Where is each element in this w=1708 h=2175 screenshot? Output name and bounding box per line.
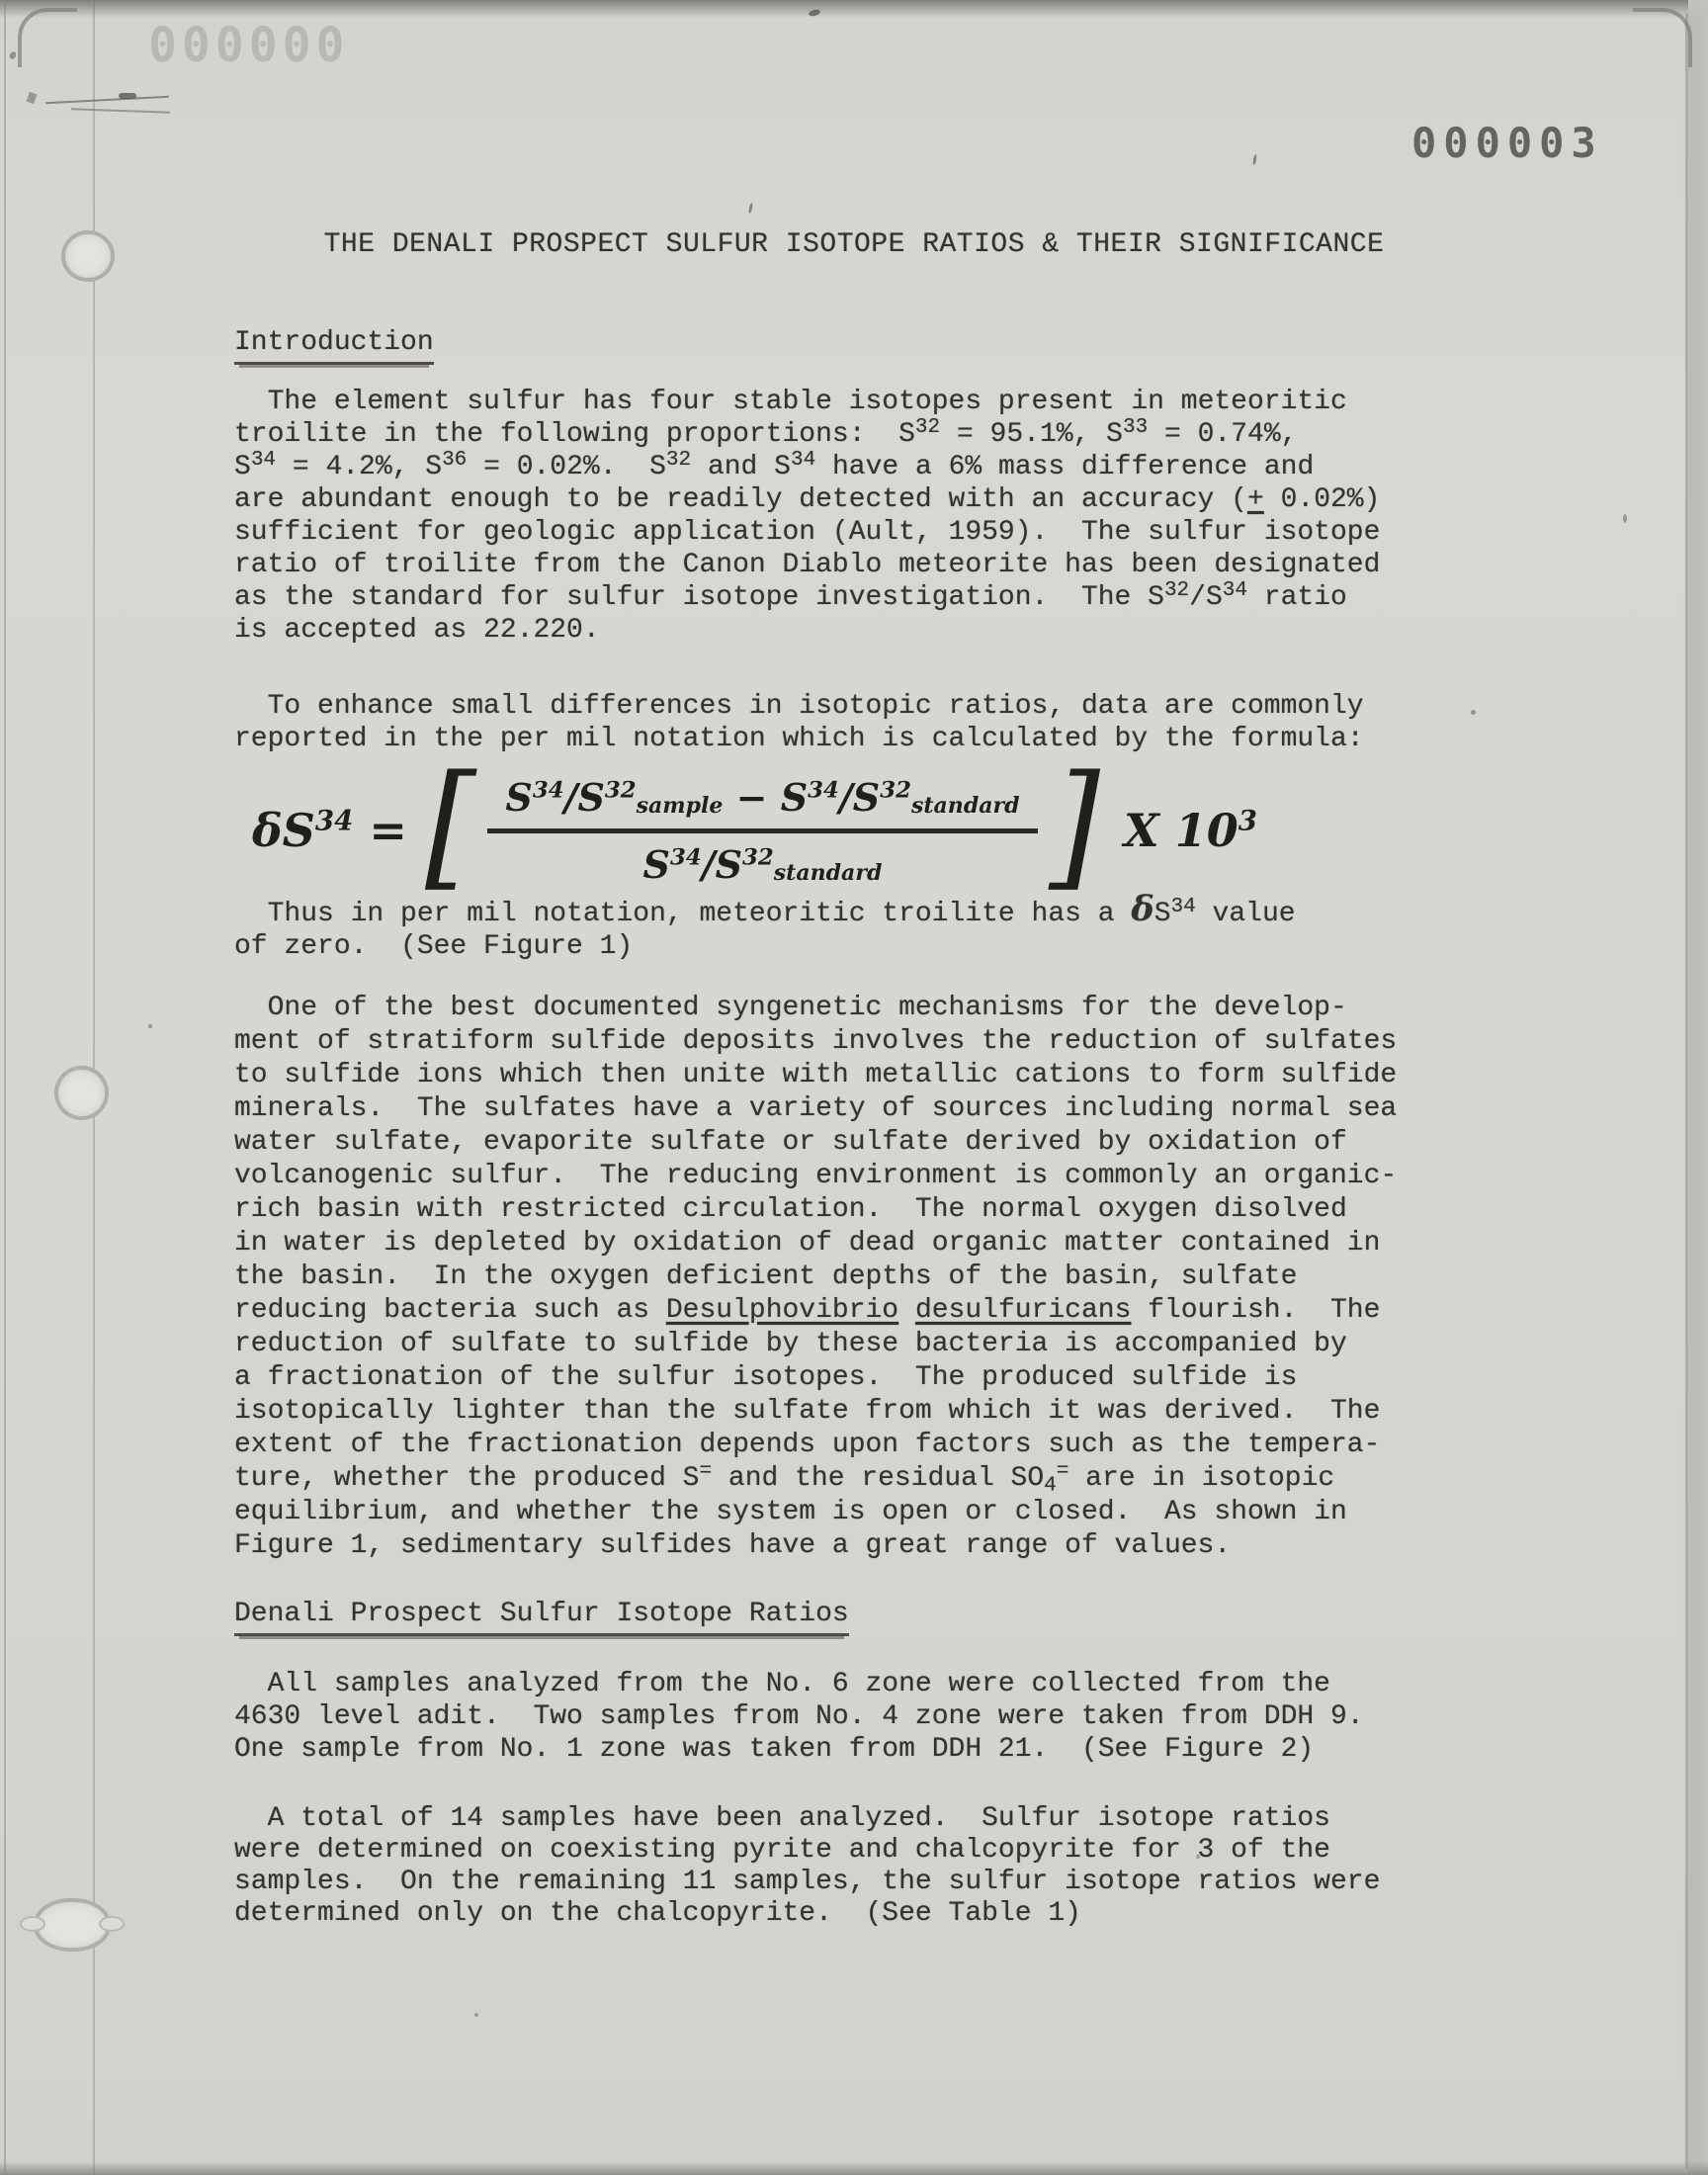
formula-fraction: S34/S32sample − S34/S32standard S34/S32s… bbox=[487, 775, 1037, 887]
document-title: THE DENALI PROSPECT SULFUR ISOTOPE RATIO… bbox=[0, 228, 1708, 261]
formula-multiplier: X 103 bbox=[1124, 804, 1257, 857]
page-number-stamp: 000003 bbox=[1411, 119, 1603, 167]
page-edge-right bbox=[1685, 14, 1688, 2169]
scan-speck bbox=[1252, 154, 1257, 165]
scanned-page: 000000 000003 THE DENALI PROSPECT SULFUR… bbox=[0, 0, 1708, 2175]
scan-speck bbox=[748, 203, 753, 214]
paragraph-per-mil-notation: To enhance small differences in isotopic… bbox=[234, 690, 1364, 755]
paragraph-sample-totals: A total of 14 samples have been analyzed… bbox=[234, 1803, 1380, 1930]
page-corner-top-right bbox=[1633, 8, 1692, 67]
page-edge-top bbox=[0, 0, 1708, 18]
formula-numerator: S34/S32sample − S34/S32standard bbox=[487, 775, 1037, 833]
scan-speck bbox=[8, 50, 17, 60]
scan-speck bbox=[474, 2013, 478, 2017]
scanner-bed-right bbox=[1688, 0, 1708, 2175]
formula-right-bracket: ] bbox=[1050, 768, 1101, 884]
section-heading-denali-ratios: Denali Prospect Sulfur Isotope Ratios bbox=[234, 1598, 849, 1636]
punch-hole-torn bbox=[34, 1898, 111, 1952]
page-corner-top-left bbox=[18, 8, 77, 67]
punch-hole bbox=[54, 1066, 109, 1120]
section-heading-introduction: Introduction bbox=[234, 326, 434, 365]
formula-left-bracket: [ bbox=[425, 768, 476, 884]
scan-speck bbox=[148, 1024, 152, 1028]
formula-denominator: S34/S32standard bbox=[487, 833, 1037, 887]
pencil-scribble bbox=[28, 81, 206, 125]
paragraph-syngenetic-mechanism: One of the best documented syngenetic me… bbox=[234, 992, 1397, 1563]
handwritten-formula: δS34 = [ S34/S32sample − S34/S32standard… bbox=[252, 749, 1257, 912]
scan-speck bbox=[1623, 514, 1627, 523]
page-edge-left bbox=[4, 0, 6, 2175]
paragraph-sample-locations: All samples analyzed from the No. 6 zone… bbox=[234, 1668, 1364, 1766]
paragraph-troilite-zero: Thus in per mil notation, meteoritic tro… bbox=[234, 898, 1296, 963]
formula-lhs: δS34 = bbox=[252, 804, 407, 857]
ghost-page-number-stamp: 000000 bbox=[148, 18, 349, 73]
scan-speck bbox=[1471, 710, 1476, 715]
page-edge-bottom bbox=[0, 2161, 1708, 2175]
paragraph-isotope-proportions: The element sulfur has four stable isoto… bbox=[234, 386, 1380, 647]
